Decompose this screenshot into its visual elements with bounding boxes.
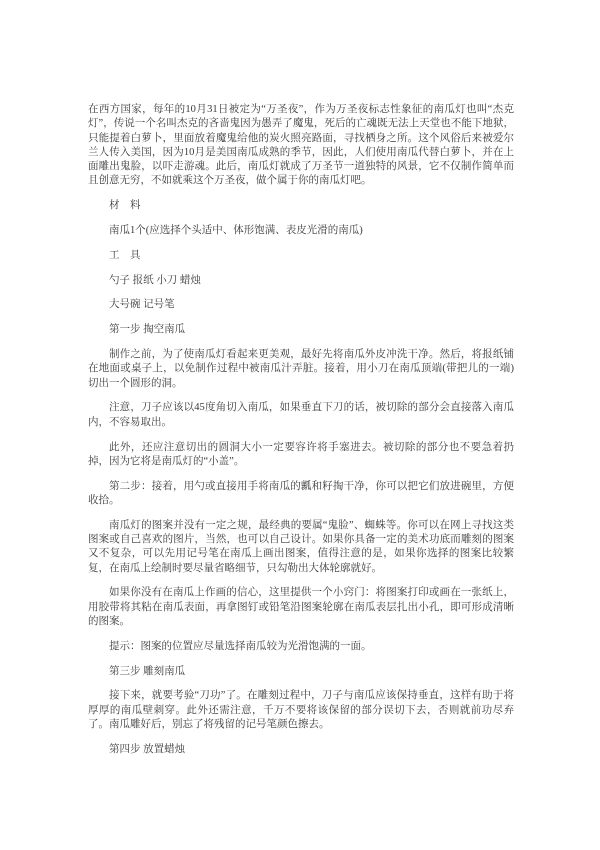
document-body: 在西方国家，每年的10月31日被定为“万圣夜”，作为万圣夜标志性象征的南瓜灯也叫… <box>88 103 514 768</box>
step2-paragraph: 第二步：接着，用勺或直接用手将南瓜的瓤和籽掏干净，你可以把它们放进碗里，方便收拾… <box>88 480 514 509</box>
materials-item: 南瓜1个(应选择个头适中、体形饱满、表皮光滑的南瓜) <box>88 224 514 238</box>
tools-list-line-1: 勺子 报纸 小刀 蜡烛 <box>88 274 514 288</box>
materials-heading: 材 料 <box>88 199 514 213</box>
tools-list-line-2: 大号碗 记号笔 <box>88 298 514 312</box>
step1-heading: 第一步 掏空南瓜 <box>88 323 514 337</box>
intro-paragraph: 在西方国家，每年的10月31日被定为“万圣夜”，作为万圣夜标志性象征的南瓜灯也叫… <box>88 103 514 189</box>
tools-heading: 工 具 <box>88 249 514 263</box>
pattern-paragraph: 南瓜灯的图案并没有一定之规，最经典的要属“鬼脸”、蜘蛛等。你可以在网上寻找这类图… <box>88 519 514 576</box>
step3-heading: 第三步 雕刻南瓜 <box>88 665 514 679</box>
step4-heading: 第四步 放置蜡烛 <box>88 743 514 757</box>
step3-paragraph: 接下来，就要考验“刀功”了。在雕刻过程中，刀子与南瓜应该保持垂直，这样有助于将厚… <box>88 689 514 732</box>
pattern-trick-paragraph: 如果你没有在南瓜上作画的信心，这里提供一个小窍门：将图案打印或画在一张纸上，用胶… <box>88 586 514 629</box>
pattern-tip: 提示：图案的位置应尽量选择南瓜较为光滑饱满的一面。 <box>88 640 514 654</box>
step1-note-2: 此外，还应注意切出的圆洞大小一定要容许将手塞进去。被切除的部分也不要急着扔掉，因… <box>88 441 514 470</box>
step1-paragraph: 制作之前，为了使南瓜灯看起来更美观，最好先将南瓜外皮冲洗干净。然后，将报纸铺在地… <box>88 348 514 391</box>
step1-note-1: 注意，刀子应该以45度角切入南瓜，如果垂直下刀的话，被切除的部分会直接落入南瓜内… <box>88 401 514 430</box>
